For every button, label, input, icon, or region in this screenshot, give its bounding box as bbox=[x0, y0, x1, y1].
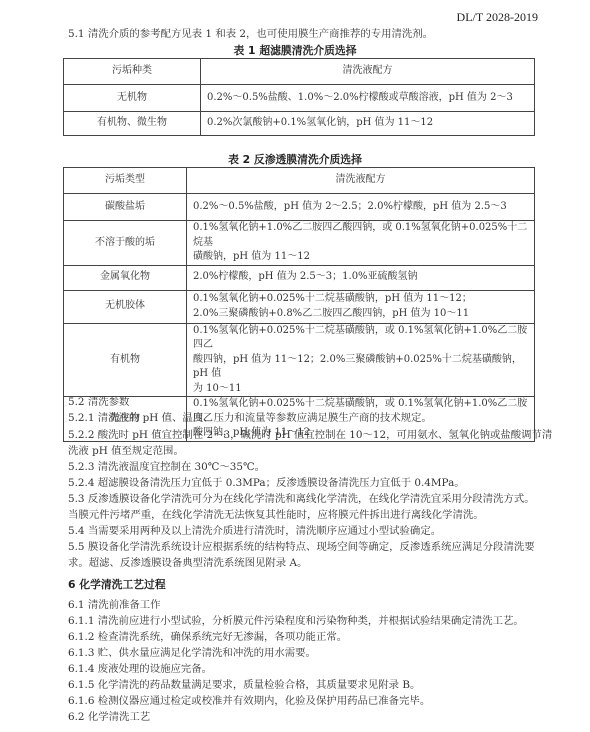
paragraph-6-1-6: 6.1.6 检测仪器应通过检定或校准并有效期内，化验及保护用药品已准备完毕。 bbox=[68, 694, 430, 709]
section-6-heading: 6 化学清洗工艺过程 bbox=[68, 577, 166, 592]
table-cell: 碳酸盐垢 bbox=[64, 194, 187, 221]
header-cell: 污垢种类 bbox=[64, 59, 201, 85]
paragraph-5-2-1: 5.2.1 清洗液的 pH 值、温度、压力和流量等参数应满足膜生产商的技术规定。 bbox=[68, 411, 432, 426]
table-row: 无机物 0.2%～0.5%盐酸、1.0%～2.0%柠檬酸或草酸溶液，pH 值为 … bbox=[64, 85, 535, 112]
table-cell: 2.0%柠檬酸，pH 值为 2.5～3；1.0%亚硫酸氢钠 bbox=[187, 265, 535, 290]
table2: 污垢类型 清洗液配方 碳酸盐垢 0.2%～0.5%盐酸，pH 值为 2～2.5；… bbox=[63, 167, 535, 442]
paragraph-5-5: 5.5 膜设备化学清洗系统设计应根据系统的结构特点、现场空间等确定，反渗透系统应… bbox=[68, 540, 535, 555]
cell-line: 为 10～11 bbox=[193, 382, 528, 397]
paragraph-6-1-1: 6.1.1 清洗前应进行小型试验，分析膜元件污染程度和污染物种类，并根据试验结果… bbox=[68, 614, 524, 629]
cell-line: 磺酸钠，pH 值为 11～12 bbox=[193, 250, 528, 265]
header-cell: 清洗液配方 bbox=[187, 168, 535, 194]
document-id: DL/T 2028-2019 bbox=[457, 10, 538, 25]
paragraph-5-2-2: 5.2.2 酸洗时 pH 值宜控制在 2～3，碱洗时 pH 值宜控制在 10～1… bbox=[68, 428, 552, 443]
cell-line: 0.1%氢氧化钠+0.025%十二烷基磺酸钠，或 0.1%氢氧化钠+1.0%乙二… bbox=[193, 324, 528, 353]
paragraph-5-2-2-cont: 洗液 pH 值至规定范围。 bbox=[68, 444, 184, 459]
table1: 污垢种类 清洗液配方 无机物 0.2%～0.5%盐酸、1.0%～2.0%柠檬酸或… bbox=[63, 58, 535, 136]
table-cell: 有机物、微生物 bbox=[64, 112, 201, 136]
cell-line: 2.0%三聚磷酸钠+0.8%乙二胺四乙酸四钠，pH 值为 10～11 bbox=[193, 307, 528, 322]
paragraph-6-1: 6.1 清洗前准备工作 bbox=[68, 598, 161, 613]
table-cell: 无机物 bbox=[64, 85, 201, 112]
cell-line: 0.1%氢氧化钠+1.0%乙二胺四乙酸四钠，或 0.1%氢氧化钠+0.025%十… bbox=[193, 221, 528, 250]
table-cell: 无机胶体 bbox=[64, 290, 187, 323]
cell-line: 0.1%氢氧化钠+0.025%十二烷基磺酸钠，pH 值为 11～12； bbox=[193, 292, 528, 307]
header-cell: 清洗液配方 bbox=[201, 59, 535, 85]
table-cell: 0.1%氢氧化钠+0.025%十二烷基磺酸钠，pH 值为 11～12； 2.0%… bbox=[187, 290, 535, 323]
paragraph-5-3-cont: 当膜元件污堵严重，在线化学清洗无法恢复其性能时，应将膜元件拆出进行离线化学清洗。 bbox=[68, 508, 484, 523]
paragraph-5-4: 5.4 当需要采用两种及以上清洗介质进行清洗时，清洗顺序应通过小型试验确定。 bbox=[68, 524, 441, 539]
table-cell: 0.2%次氯酸钠+0.1%氢氧化钠，pH 值为 11～12 bbox=[201, 112, 535, 136]
paragraph-5-3: 5.3 反渗透膜设备化学清洗可分为在线化学清洗和离线化学清洗，在线化学清洗宜采用… bbox=[68, 492, 535, 507]
table-row: 有机物、微生物 0.2%次氯酸钠+0.1%氢氧化钠，pH 值为 11～12 bbox=[64, 112, 535, 136]
table1-caption: 表 1 超滤膜清洗介质选择 bbox=[0, 43, 590, 58]
paragraph-5-2-3: 5.2.3 清洗液温度宜控制在 30℃～35℃。 bbox=[68, 460, 265, 475]
table-row: 不溶于酸的垢 0.1%氢氧化钠+1.0%乙二胺四乙酸四钠，或 0.1%氢氧化钠+… bbox=[64, 221, 535, 266]
paragraph-6-1-5: 6.1.5 化学清洗的药品数量满足要求，质量检验合格，其质量要求见附录 B。 bbox=[68, 678, 420, 693]
table-cell: 0.2%～0.5%盐酸，pH 值为 2～2.5；2.0%柠檬酸，pH 值为 2.… bbox=[187, 194, 535, 221]
table-cell: 0.1%氢氧化钠+1.0%乙二胺四乙酸四钠，或 0.1%氢氧化钠+0.025%十… bbox=[187, 221, 535, 266]
header-cell: 污垢类型 bbox=[64, 168, 187, 194]
table-row: 金属氧化物 2.0%柠檬酸，pH 值为 2.5～3；1.0%亚硫酸氢钠 bbox=[64, 265, 535, 290]
paragraph-6-1-4: 6.1.4 废液处理的设施应完备。 bbox=[68, 662, 212, 677]
paragraph-5-2-4: 5.2.4 超滤膜设备清洗压力宜低于 0.3MPa；反渗透膜设备清洗压力宜低于 … bbox=[68, 476, 465, 491]
cell-line: 酸四钠，pH 值为 11～12；2.0%三聚磷酸钠+0.025%十二烷基磺酸钠，… bbox=[193, 353, 528, 382]
table-cell: 金属氧化物 bbox=[64, 265, 187, 290]
paragraph-6-1-2: 6.1.2 检查清洗系统，确保系统完好无渗漏，各项功能正常。 bbox=[68, 630, 347, 645]
table-header-row: 污垢类型 清洗液配方 bbox=[64, 168, 535, 194]
table2-caption: 表 2 反渗透膜清洗介质选择 bbox=[0, 152, 590, 167]
table-header-row: 污垢种类 清洗液配方 bbox=[64, 59, 535, 85]
paragraph-6-2: 6.2 化学清洗工艺 bbox=[68, 710, 150, 725]
table-cell: 不溶于酸的垢 bbox=[64, 221, 187, 266]
table-row: 无机胶体 0.1%氢氧化钠+0.025%十二烷基磺酸钠，pH 值为 11～12；… bbox=[64, 290, 535, 323]
table-row: 碳酸盐垢 0.2%～0.5%盐酸，pH 值为 2～2.5；2.0%柠檬酸，pH … bbox=[64, 194, 535, 221]
intro-paragraph: 5.1 清洗介质的参考配方见表 1 和表 2，也可使用膜生产商推荐的专用清洗剂。 bbox=[68, 27, 433, 42]
table-row: 有机物 0.1%氢氧化钠+0.025%十二烷基磺酸钠，或 0.1%氢氧化钠+1.… bbox=[64, 323, 535, 397]
table-cell: 0.1%氢氧化钠+0.025%十二烷基磺酸钠，或 0.1%氢氧化钠+1.0%乙二… bbox=[187, 323, 535, 397]
table-cell: 0.2%～0.5%盐酸、1.0%～2.0%柠檬酸或草酸溶液，pH 值为 2～3 bbox=[201, 85, 535, 112]
paragraph-5-5-cont: 求。超滤、反渗透膜设备典型清洗系统图见附录 A。 bbox=[68, 556, 307, 571]
paragraph-6-1-3: 6.1.3 贮、供水量应满足化学清洗和冲洗的用水需要。 bbox=[68, 646, 316, 661]
paragraph-5-2: 5.2 清洗参数 bbox=[68, 395, 129, 410]
table-cell: 有机物 bbox=[64, 323, 187, 397]
